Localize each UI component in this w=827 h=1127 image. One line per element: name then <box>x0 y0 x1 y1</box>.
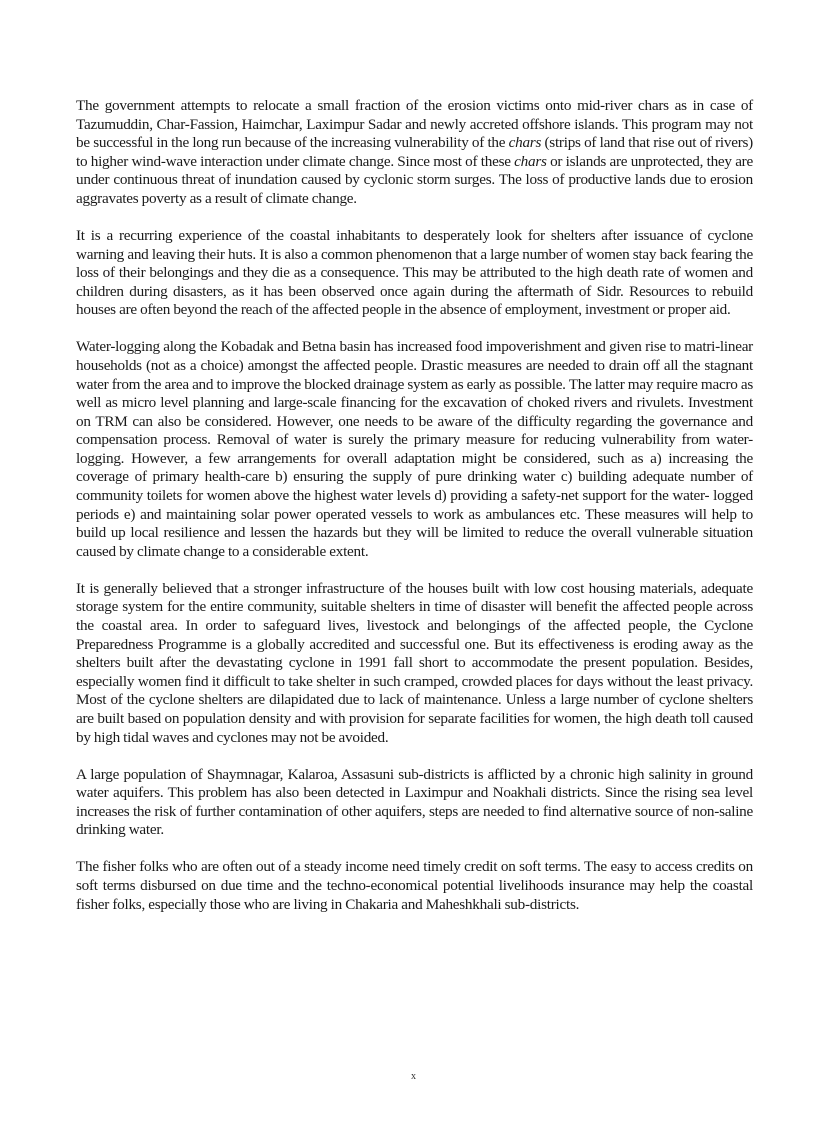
document-body: The government attempts to relocate a sm… <box>76 97 753 933</box>
paragraph-water-logging: Water-logging along the Kobadak and Betn… <box>76 338 753 561</box>
paragraph-char-relocation: The government attempts to relocate a sm… <box>76 97 753 209</box>
page-number: x <box>0 1071 827 1082</box>
paragraph-infrastructure: It is generally believed that a stronger… <box>76 580 753 747</box>
italic-term-chars: chars <box>509 134 542 151</box>
italic-term-chars: chars <box>514 153 547 170</box>
paragraph-cyclone-shelters-women: It is a recurring experience of the coas… <box>76 227 753 320</box>
paragraph-salinity: A large population of Shaymnagar, Kalaro… <box>76 766 753 840</box>
paragraph-fisher-folks: The fisher folks who are often out of a … <box>76 858 753 914</box>
